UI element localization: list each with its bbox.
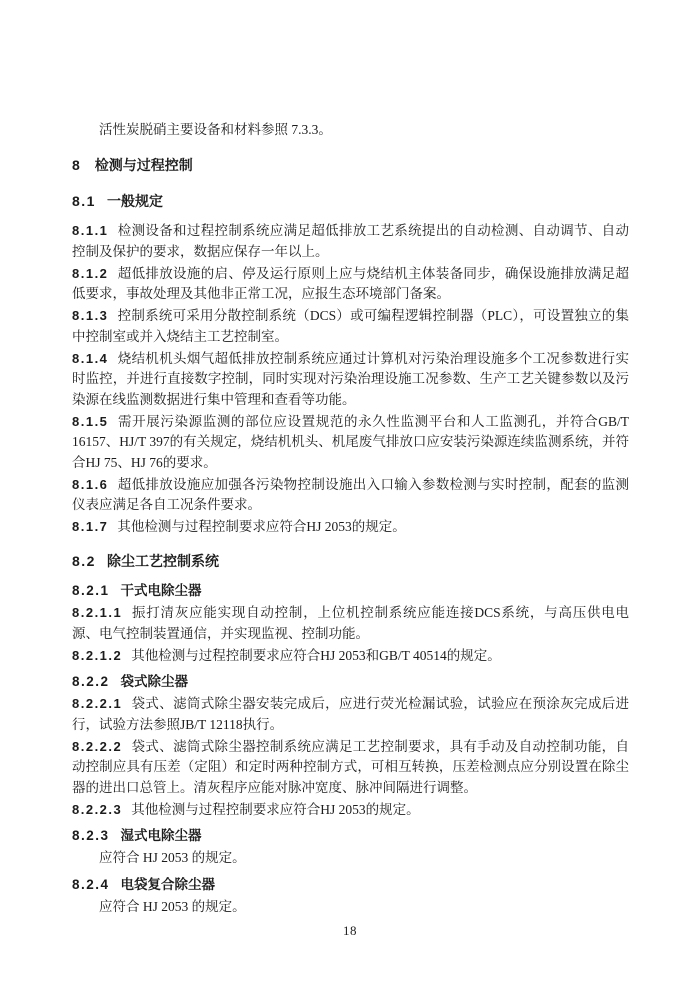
- clause-number: 8.1.2: [72, 266, 108, 281]
- clause-paragraph-8-1-2: 8.1.2超低排放设施的启、停及运行原则上应与烧结机主体装备同步，确保设施排放满…: [72, 264, 629, 305]
- compliance-note: 应符合 HJ 2053 的规定。: [72, 897, 629, 918]
- clause-text: 其他检测与过程控制要求应符合HJ 2053的规定。: [117, 519, 405, 534]
- clause-text: 超低排放设施应加强各污染物控制设施出入口输入参数检测与实时控制，配套的监测仪表应…: [72, 477, 629, 513]
- clause-number: 8.1.1: [72, 223, 108, 238]
- page-number: 18: [0, 921, 700, 942]
- section-heading-8-2: 8.2除尘工艺控制系统: [72, 551, 629, 572]
- clause-paragraph-8-2-1-2: 8.2.1.2其他检测与过程控制要求应符合HJ 2053和GB/T 40514的…: [72, 646, 629, 667]
- section-title: 除尘工艺控制系统: [107, 553, 219, 569]
- clause-text: 其他检测与过程控制要求应符合HJ 2053和GB/T 40514的规定。: [131, 648, 501, 663]
- clause-paragraph-8-1-4: 8.1.4烧结机机头烟气超低排放控制系统应通过计算机对污染治理设施多个工况参数进…: [72, 349, 629, 411]
- compliance-note: 应符合 HJ 2053 的规定。: [72, 848, 629, 869]
- clause-paragraph-8-1-3: 8.1.3控制系统可采用分散控制系统（DCS）或可编程逻辑控制器（PLC），可设…: [72, 306, 629, 347]
- subsection-number: 8.2.1: [72, 583, 110, 598]
- clause-number: 8.2.2.1: [72, 696, 122, 711]
- clause-number: 8.1.7: [72, 519, 108, 534]
- subsection-number: 8.2.3: [72, 828, 110, 843]
- clause-paragraph-8-2-2-1: 8.2.2.1袋式、滤筒式除尘器安装完成后，应进行荧光检漏试验，试验应在预涂灰完…: [72, 694, 629, 735]
- clause-text: 袋式、滤筒式除尘器控制系统应满足工艺控制要求，具有手动及自动控制功能，自动控制应…: [72, 739, 629, 795]
- clause-text: 袋式、滤筒式除尘器安装完成后，应进行荧光检漏试验，试验应在预涂灰完成后进行，试验…: [72, 696, 629, 732]
- subsection-heading-8-2-3: 8.2.3湿式电除尘器: [72, 826, 629, 847]
- subsection-heading-8-2-2: 8.2.2袋式除尘器: [72, 672, 629, 693]
- subsection-title: 干式电除尘器: [121, 583, 202, 598]
- page-content: 活性炭脱硝主要设备和材料参照 7.3.3。 8检测与过程控制 8.1一般规定 8…: [0, 0, 700, 917]
- clause-paragraph-8-1-1: 8.1.1检测设备和过程控制系统应满足超低排放工艺系统提出的自动检测、自动调节、…: [72, 221, 629, 262]
- clause-text: 需开展污染源监测的部位应设置规范的永久性监测平台和人工监测孔，并符合GB/T 1…: [72, 414, 629, 470]
- chapter-title: 检测与过程控制: [95, 157, 193, 173]
- clause-number: 8.2.2.2: [72, 739, 122, 754]
- clause-paragraph-8-2-2-2: 8.2.2.2袋式、滤筒式除尘器控制系统应满足工艺控制要求，具有手动及自动控制功…: [72, 737, 629, 799]
- clause-text: 控制系统可采用分散控制系统（DCS）或可编程逻辑控制器（PLC），可设置独立的集…: [72, 308, 629, 344]
- subsection-heading-8-2-1: 8.2.1干式电除尘器: [72, 581, 629, 602]
- clause-paragraph-8-1-6: 8.1.6超低排放设施应加强各污染物控制设施出入口输入参数检测与实时控制，配套的…: [72, 475, 629, 516]
- clause-paragraph-8-2-2-3: 8.2.2.3其他检测与过程控制要求应符合HJ 2053的规定。: [72, 800, 629, 821]
- clause-text: 烧结机机头烟气超低排放控制系统应通过计算机对污染治理设施多个工况参数进行实时监控…: [72, 351, 629, 407]
- section-number: 8.2: [72, 553, 96, 569]
- clause-paragraph-8-2-1-1: 8.2.1.1振打清灰应能实现自动控制，上位机控制系统应能连接DCS系统，与高压…: [72, 603, 629, 644]
- subsection-title: 湿式电除尘器: [121, 828, 202, 843]
- clause-text: 检测设备和过程控制系统应满足超低排放工艺系统提出的自动检测、自动调节、自动控制及…: [72, 223, 629, 259]
- subsection-number: 8.2.2: [72, 674, 110, 689]
- clause-number: 8.1.3: [72, 308, 108, 323]
- intro-paragraph: 活性炭脱硝主要设备和材料参照 7.3.3。: [72, 120, 629, 141]
- document-page: 活性炭脱硝主要设备和材料参照 7.3.3。 8检测与过程控制 8.1一般规定 8…: [0, 0, 700, 989]
- section-title: 一般规定: [107, 193, 163, 209]
- subsection-number: 8.2.4: [72, 877, 110, 892]
- clause-number: 8.2.1.2: [72, 648, 122, 663]
- clause-number: 8.2.2.3: [72, 802, 122, 817]
- clause-paragraph-8-1-7: 8.1.7其他检测与过程控制要求应符合HJ 2053的规定。: [72, 517, 629, 538]
- clause-number: 8.2.1.1: [72, 605, 122, 620]
- clause-text: 其他检测与过程控制要求应符合HJ 2053的规定。: [131, 802, 419, 817]
- clause-number: 8.1.6: [72, 477, 108, 492]
- chapter-number: 8: [72, 157, 81, 173]
- chapter-heading: 8检测与过程控制: [72, 155, 629, 176]
- clause-number: 8.1.4: [72, 351, 108, 366]
- clause-paragraph-8-1-5: 8.1.5需开展污染源监测的部位应设置规范的永久性监测平台和人工监测孔，并符合G…: [72, 412, 629, 474]
- subsection-title: 袋式除尘器: [121, 674, 189, 689]
- subsection-heading-8-2-4: 8.2.4电袋复合除尘器: [72, 875, 629, 896]
- clause-text: 超低排放设施的启、停及运行原则上应与烧结机主体装备同步，确保设施排放满足超低要求…: [72, 266, 629, 302]
- clause-number: 8.1.5: [72, 414, 108, 429]
- clause-text: 振打清灰应能实现自动控制，上位机控制系统应能连接DCS系统，与高压供电电源、电气…: [72, 605, 629, 641]
- section-number: 8.1: [72, 193, 96, 209]
- section-heading-8-1: 8.1一般规定: [72, 191, 629, 212]
- subsection-title: 电袋复合除尘器: [121, 877, 216, 892]
